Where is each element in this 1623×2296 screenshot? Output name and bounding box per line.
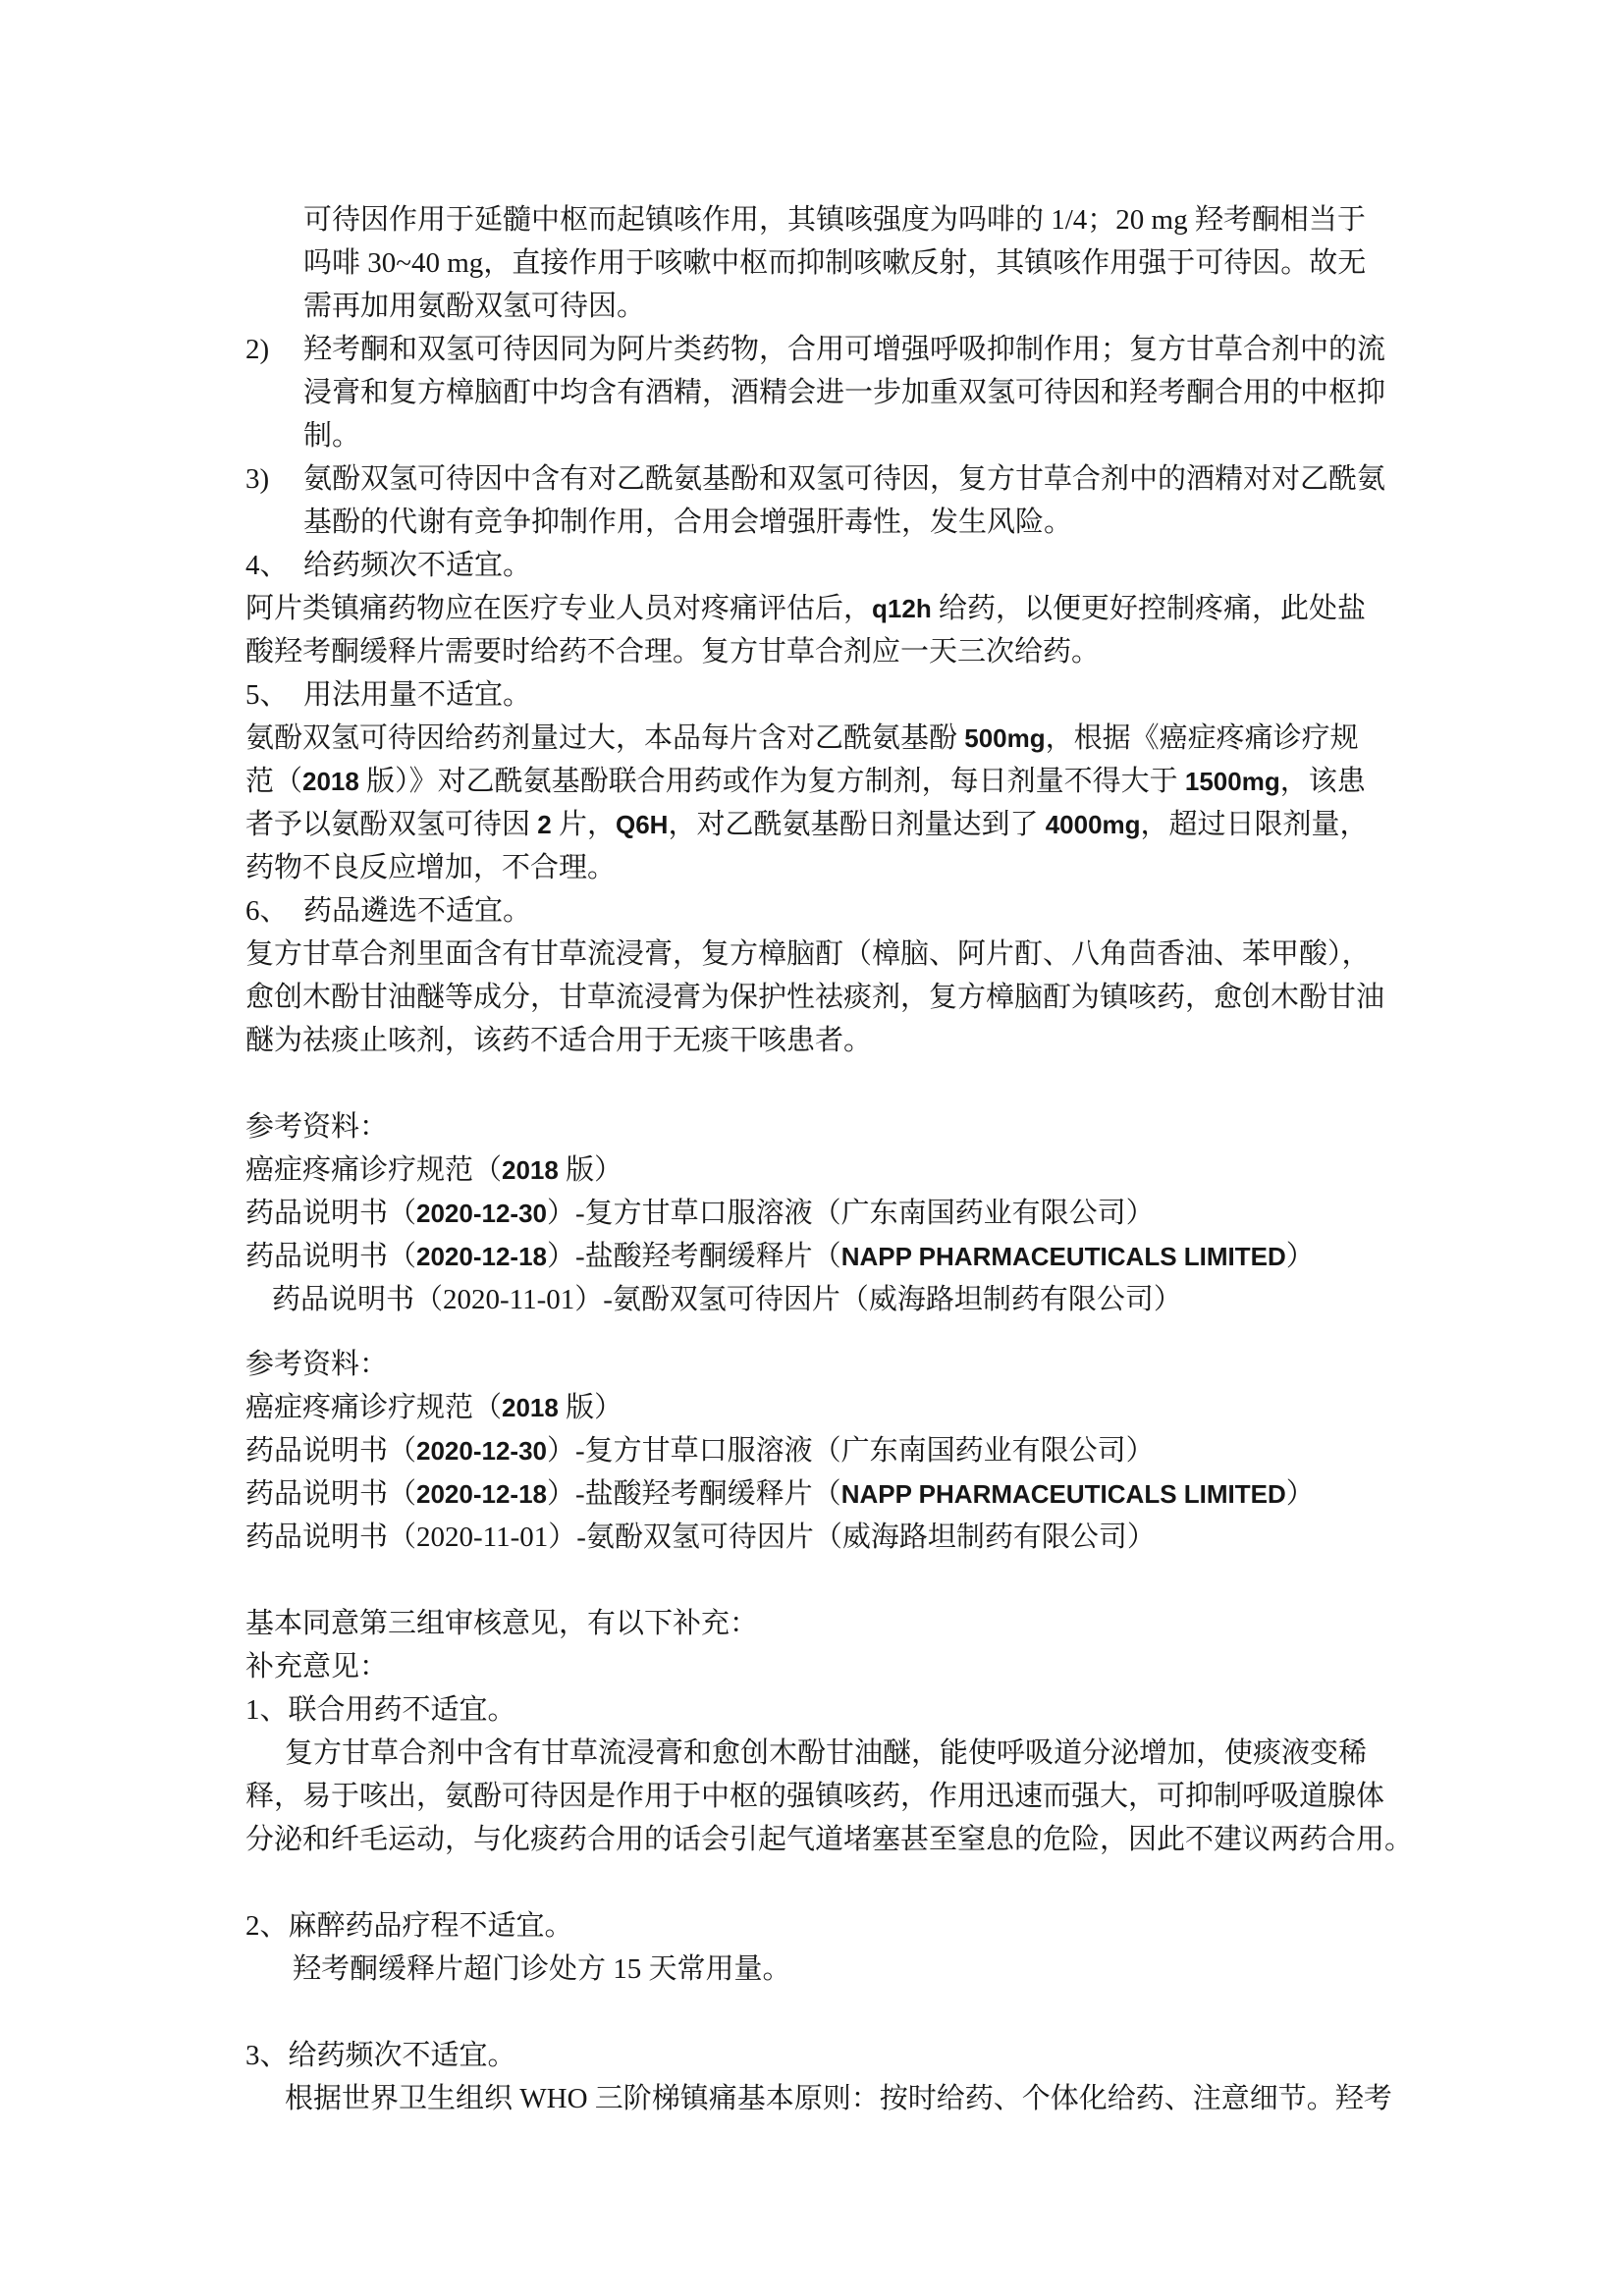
- list-marker: 4、: [245, 544, 303, 587]
- text-line: 参考资料：: [245, 1105, 1389, 1148]
- text-line: 醚为祛痰止咳剂，该药不适合用于无痰干咳患者。: [245, 1019, 1389, 1062]
- line-text: 愈创木酚甘油醚等成分，甘草流浸膏为保护性祛痰剂，复方樟脑酊为镇咳药，愈创木酚甘油: [245, 982, 1384, 1013]
- line-text: 药品说明书（2020-12-30）-复方甘草口服溶液（广东南国药业有限公司）: [245, 1198, 1155, 1229]
- text-line: 药品说明书（2020-11-01）-氨酚双氢可待因片（威海路坦制药有限公司）: [245, 1516, 1389, 1559]
- line-text: 根据世界卫生组织 WHO 三阶梯镇痛基本原则：按时给药、个体化给药、注意细节。羟…: [285, 2083, 1392, 2114]
- line-text: 药物不良反应增加，不合理。: [245, 852, 616, 883]
- text-line: 分泌和纤毛运动，与化痰药合用的话会引起气道堵塞甚至窒息的危险，因此不建议两药合用…: [245, 1818, 1389, 1861]
- line-text: 复方甘草合剂里面含有甘草流浸膏，复方樟脑酊（樟脑、阿片酊、八角茴香油、苯甲酸），: [245, 938, 1371, 970]
- list-marker: 5、: [245, 673, 303, 717]
- line-text: 基酚的代谢有竞争抑制作用，合用会增强肝毒性，发生风险。: [303, 507, 1072, 538]
- line-text: 癌症疼痛诊疗规范（2018 版）: [245, 1392, 622, 1423]
- latin-text: 500mg: [964, 723, 1045, 753]
- document-page: 可待因作用于延髓中枢而起镇咳作用，其镇咳强度为吗啡的 1/4；20 mg 羟考酮…: [245, 198, 1389, 2120]
- text-line: 浸膏和复方樟脑酊中均含有酒精，酒精会进一步加重双氢可待因和羟考酮合用的中枢抑: [245, 371, 1389, 414]
- latin-text: 2020-12-18: [416, 1479, 547, 1509]
- text-line: 者予以氨酚双氢可待因 2 片，Q6H，对乙酰氨基酚日剂量达到了 4000mg，超…: [245, 803, 1389, 846]
- line-text: 范（2018 版）》对乙酰氨基酚联合用药或作为复方制剂，每日剂量不得大于 150…: [245, 766, 1366, 797]
- text-line: 可待因作用于延髓中枢而起镇咳作用，其镇咳强度为吗啡的 1/4；20 mg 羟考酮…: [245, 198, 1389, 241]
- text-line: 药物不良反应增加，不合理。: [245, 846, 1389, 889]
- line-text: 羟考酮缓释片超门诊处方 15 天常用量。: [293, 1953, 791, 1985]
- text-line: 阿片类镇痛药物应在医疗专业人员对疼痛评估后，q12h 给药，以便更好控制疼痛，此…: [245, 587, 1389, 630]
- line-text: 参考资料：: [245, 1349, 388, 1380]
- blank-line: [245, 1062, 1389, 1105]
- latin-text: NAPP PHARMACEUTICALS LIMITED: [841, 1479, 1286, 1509]
- text-line: 2、麻醉药品疗程不适宜。: [245, 1904, 1389, 1948]
- list-marker: 3): [245, 457, 303, 501]
- blank-line: [245, 1861, 1389, 1904]
- line-text: 可待因作用于延髓中枢而起镇咳作用，其镇咳强度为吗啡的 1/4；20 mg 羟考酮…: [303, 204, 1366, 236]
- line-text: 者予以氨酚双氢可待因 2 片，Q6H，对乙酰氨基酚日剂量达到了 4000mg，超…: [245, 809, 1369, 840]
- text-line: 氨酚双氢可待因给药剂量过大，本品每片含对乙酰氨基酚 500mg，根据《癌症疼痛诊…: [245, 717, 1389, 760]
- latin-text: NAPP PHARMACEUTICALS LIMITED: [841, 1242, 1286, 1271]
- line-text: 复方甘草合剂中含有甘草流浸膏和愈创木酚甘油醚，能使呼吸道分泌增加，使痰液变稀: [285, 1737, 1367, 1769]
- line-text: 分泌和纤毛运动，与化痰药合用的话会引起气道堵塞甚至窒息的危险，因此不建议两药合用…: [245, 1824, 1413, 1855]
- blank-line: [245, 1559, 1389, 1602]
- line-text: 1、联合用药不适宜。: [245, 1694, 516, 1726]
- line-text: 制。: [303, 420, 360, 452]
- latin-text: 2020-12-30: [416, 1199, 547, 1228]
- text-line: 愈创木酚甘油醚等成分，甘草流浸膏为保护性祛痰剂，复方樟脑酊为镇咳药，愈创木酚甘油: [245, 976, 1389, 1019]
- text-line: 复方甘草合剂中含有甘草流浸膏和愈创木酚甘油醚，能使呼吸道分泌增加，使痰液变稀: [245, 1732, 1389, 1775]
- text-line: 1、联合用药不适宜。: [245, 1688, 1389, 1732]
- text-line: 药品说明书（2020-12-18）-盐酸羟考酮缓释片（NAPP PHARMACE…: [245, 1472, 1389, 1516]
- text-line: 复方甘草合剂里面含有甘草流浸膏，复方樟脑酊（樟脑、阿片酊、八角茴香油、苯甲酸），: [245, 933, 1389, 976]
- list-item-line: 6、药品遴选不适宜。: [245, 889, 1389, 933]
- line-text: 阿片类镇痛药物应在医疗专业人员对疼痛评估后，q12h 给药，以便更好控制疼痛，此…: [245, 593, 1366, 624]
- line-text: 给药频次不适宜。: [303, 550, 531, 581]
- line-text: 补充意见：: [245, 1651, 388, 1682]
- line-text: 羟考酮和双氢可待因同为阿片类药物，合用可增强呼吸抑制作用；复方甘草合剂中的流: [303, 334, 1385, 365]
- text-line: 基酚的代谢有竞争抑制作用，合用会增强肝毒性，发生风险。: [245, 501, 1389, 544]
- line-text: 需再加用氨酚双氢可待因。: [303, 291, 645, 322]
- latin-text: 2: [537, 810, 559, 839]
- line-text: 药品说明书（2020-12-18）-盐酸羟考酮缓释片（NAPP PHARMACE…: [245, 1241, 1315, 1272]
- latin-text: Q6H: [616, 810, 668, 839]
- latin-text: 2020-12-30: [416, 1436, 547, 1466]
- text-line: 范（2018 版）》对乙酰氨基酚联合用药或作为复方制剂，每日剂量不得大于 150…: [245, 760, 1389, 803]
- latin-text: 2018: [302, 767, 366, 796]
- line-text: 氨酚双氢可待因中含有对乙酰氨基酚和双氢可待因，复方甘草合剂中的酒精对对乙酰氨: [303, 463, 1385, 495]
- line-text: 释，易于咳出，氨酚可待因是作用于中枢的强镇咳药，作用迅速而强大，可抑制呼吸道腺体: [245, 1781, 1384, 1812]
- line-text: 氨酚双氢可待因给药剂量过大，本品每片含对乙酰氨基酚 500mg，根据《癌症疼痛诊…: [245, 722, 1359, 754]
- text-line: 药品说明书（2020-12-18）-盐酸羟考酮缓释片（NAPP PHARMACE…: [245, 1235, 1389, 1278]
- text-line: 制。: [245, 414, 1389, 457]
- text-line: 基本同意第三组审核意见，有以下补充：: [245, 1602, 1389, 1645]
- line-text: 吗啡 30~40 mg，直接作用于咳嗽中枢而抑制咳嗽反射，其镇咳作用强于可待因。…: [303, 247, 1366, 279]
- latin-text: 2018: [502, 1155, 566, 1185]
- latin-text: 2018: [502, 1393, 566, 1422]
- line-text: 药品说明书（2020-12-30）-复方甘草口服溶液（广东南国药业有限公司）: [245, 1435, 1155, 1467]
- text-line: 癌症疼痛诊疗规范（2018 版）: [245, 1386, 1389, 1429]
- text-line: 参考资料：: [245, 1343, 1389, 1386]
- latin-text: 1500mg: [1185, 767, 1280, 796]
- line-text: 基本同意第三组审核意见，有以下补充：: [245, 1608, 758, 1639]
- list-item-line: 2)羟考酮和双氢可待因同为阿片类药物，合用可增强呼吸抑制作用；复方甘草合剂中的流: [245, 328, 1389, 371]
- line-text: 药品遴选不适宜。: [303, 895, 531, 927]
- line-text: 醚为祛痰止咳剂，该药不适合用于无痰干咳患者。: [245, 1025, 872, 1056]
- line-text: 癌症疼痛诊疗规范（2018 版）: [245, 1154, 622, 1186]
- latin-text: 4000mg: [1046, 810, 1141, 839]
- latin-text: q12h: [872, 594, 939, 623]
- list-item-line: 4、给药频次不适宜。: [245, 544, 1389, 587]
- line-text: 3、给药频次不适宜。: [245, 2040, 516, 2071]
- text-line: 需再加用氨酚双氢可待因。: [245, 285, 1389, 328]
- text-line: 补充意见：: [245, 1645, 1389, 1688]
- line-text: 药品说明书（2020-11-01）-氨酚双氢可待因片（威海路坦制药有限公司）: [272, 1284, 1182, 1315]
- line-text: 参考资料：: [245, 1111, 388, 1143]
- line-text: 酸羟考酮缓释片需要时给药不合理。复方甘草合剂应一天三次给药。: [245, 636, 1100, 667]
- text-line: 酸羟考酮缓释片需要时给药不合理。复方甘草合剂应一天三次给药。: [245, 630, 1389, 673]
- text-line: 释，易于咳出，氨酚可待因是作用于中枢的强镇咳药，作用迅速而强大，可抑制呼吸道腺体: [245, 1775, 1389, 1818]
- line-text: 浸膏和复方樟脑酊中均含有酒精，酒精会进一步加重双氢可待因和羟考酮合用的中枢抑: [303, 377, 1385, 408]
- text-line: 癌症疼痛诊疗规范（2018 版）: [245, 1148, 1389, 1192]
- list-item-line: 5、用法用量不适宜。: [245, 673, 1389, 717]
- line-text: 2、麻醉药品疗程不适宜。: [245, 1910, 573, 1942]
- text-line: 3、给药频次不适宜。: [245, 2034, 1389, 2077]
- line-text: 药品说明书（2020-12-18）-盐酸羟考酮缓释片（NAPP PHARMACE…: [245, 1478, 1315, 1510]
- text-line: 羟考酮缓释片超门诊处方 15 天常用量。: [245, 1948, 1389, 1991]
- list-marker: 6、: [245, 889, 303, 933]
- text-line: 吗啡 30~40 mg，直接作用于咳嗽中枢而抑制咳嗽反射，其镇咳作用强于可待因。…: [245, 241, 1389, 285]
- line-text: 用法用量不适宜。: [303, 679, 531, 711]
- latin-text: 2020-12-18: [416, 1242, 547, 1271]
- blank-line: [245, 1991, 1389, 2034]
- text-line: 药品说明书（2020-12-30）-复方甘草口服溶液（广东南国药业有限公司）: [245, 1192, 1389, 1235]
- text-line: 药品说明书（2020-11-01）-氨酚双氢可待因片（威海路坦制药有限公司）: [245, 1278, 1389, 1321]
- text-line: 根据世界卫生组织 WHO 三阶梯镇痛基本原则：按时给药、个体化给药、注意细节。羟…: [245, 2077, 1389, 2120]
- list-item-line: 3)氨酚双氢可待因中含有对乙酰氨基酚和双氢可待因，复方甘草合剂中的酒精对对乙酰氨: [245, 457, 1389, 501]
- blank-line: [245, 1321, 1389, 1343]
- text-line: 药品说明书（2020-12-30）-复方甘草口服溶液（广东南国药业有限公司）: [245, 1429, 1389, 1472]
- line-text: 药品说明书（2020-11-01）-氨酚双氢可待因片（威海路坦制药有限公司）: [245, 1522, 1156, 1553]
- list-marker: 2): [245, 328, 303, 371]
